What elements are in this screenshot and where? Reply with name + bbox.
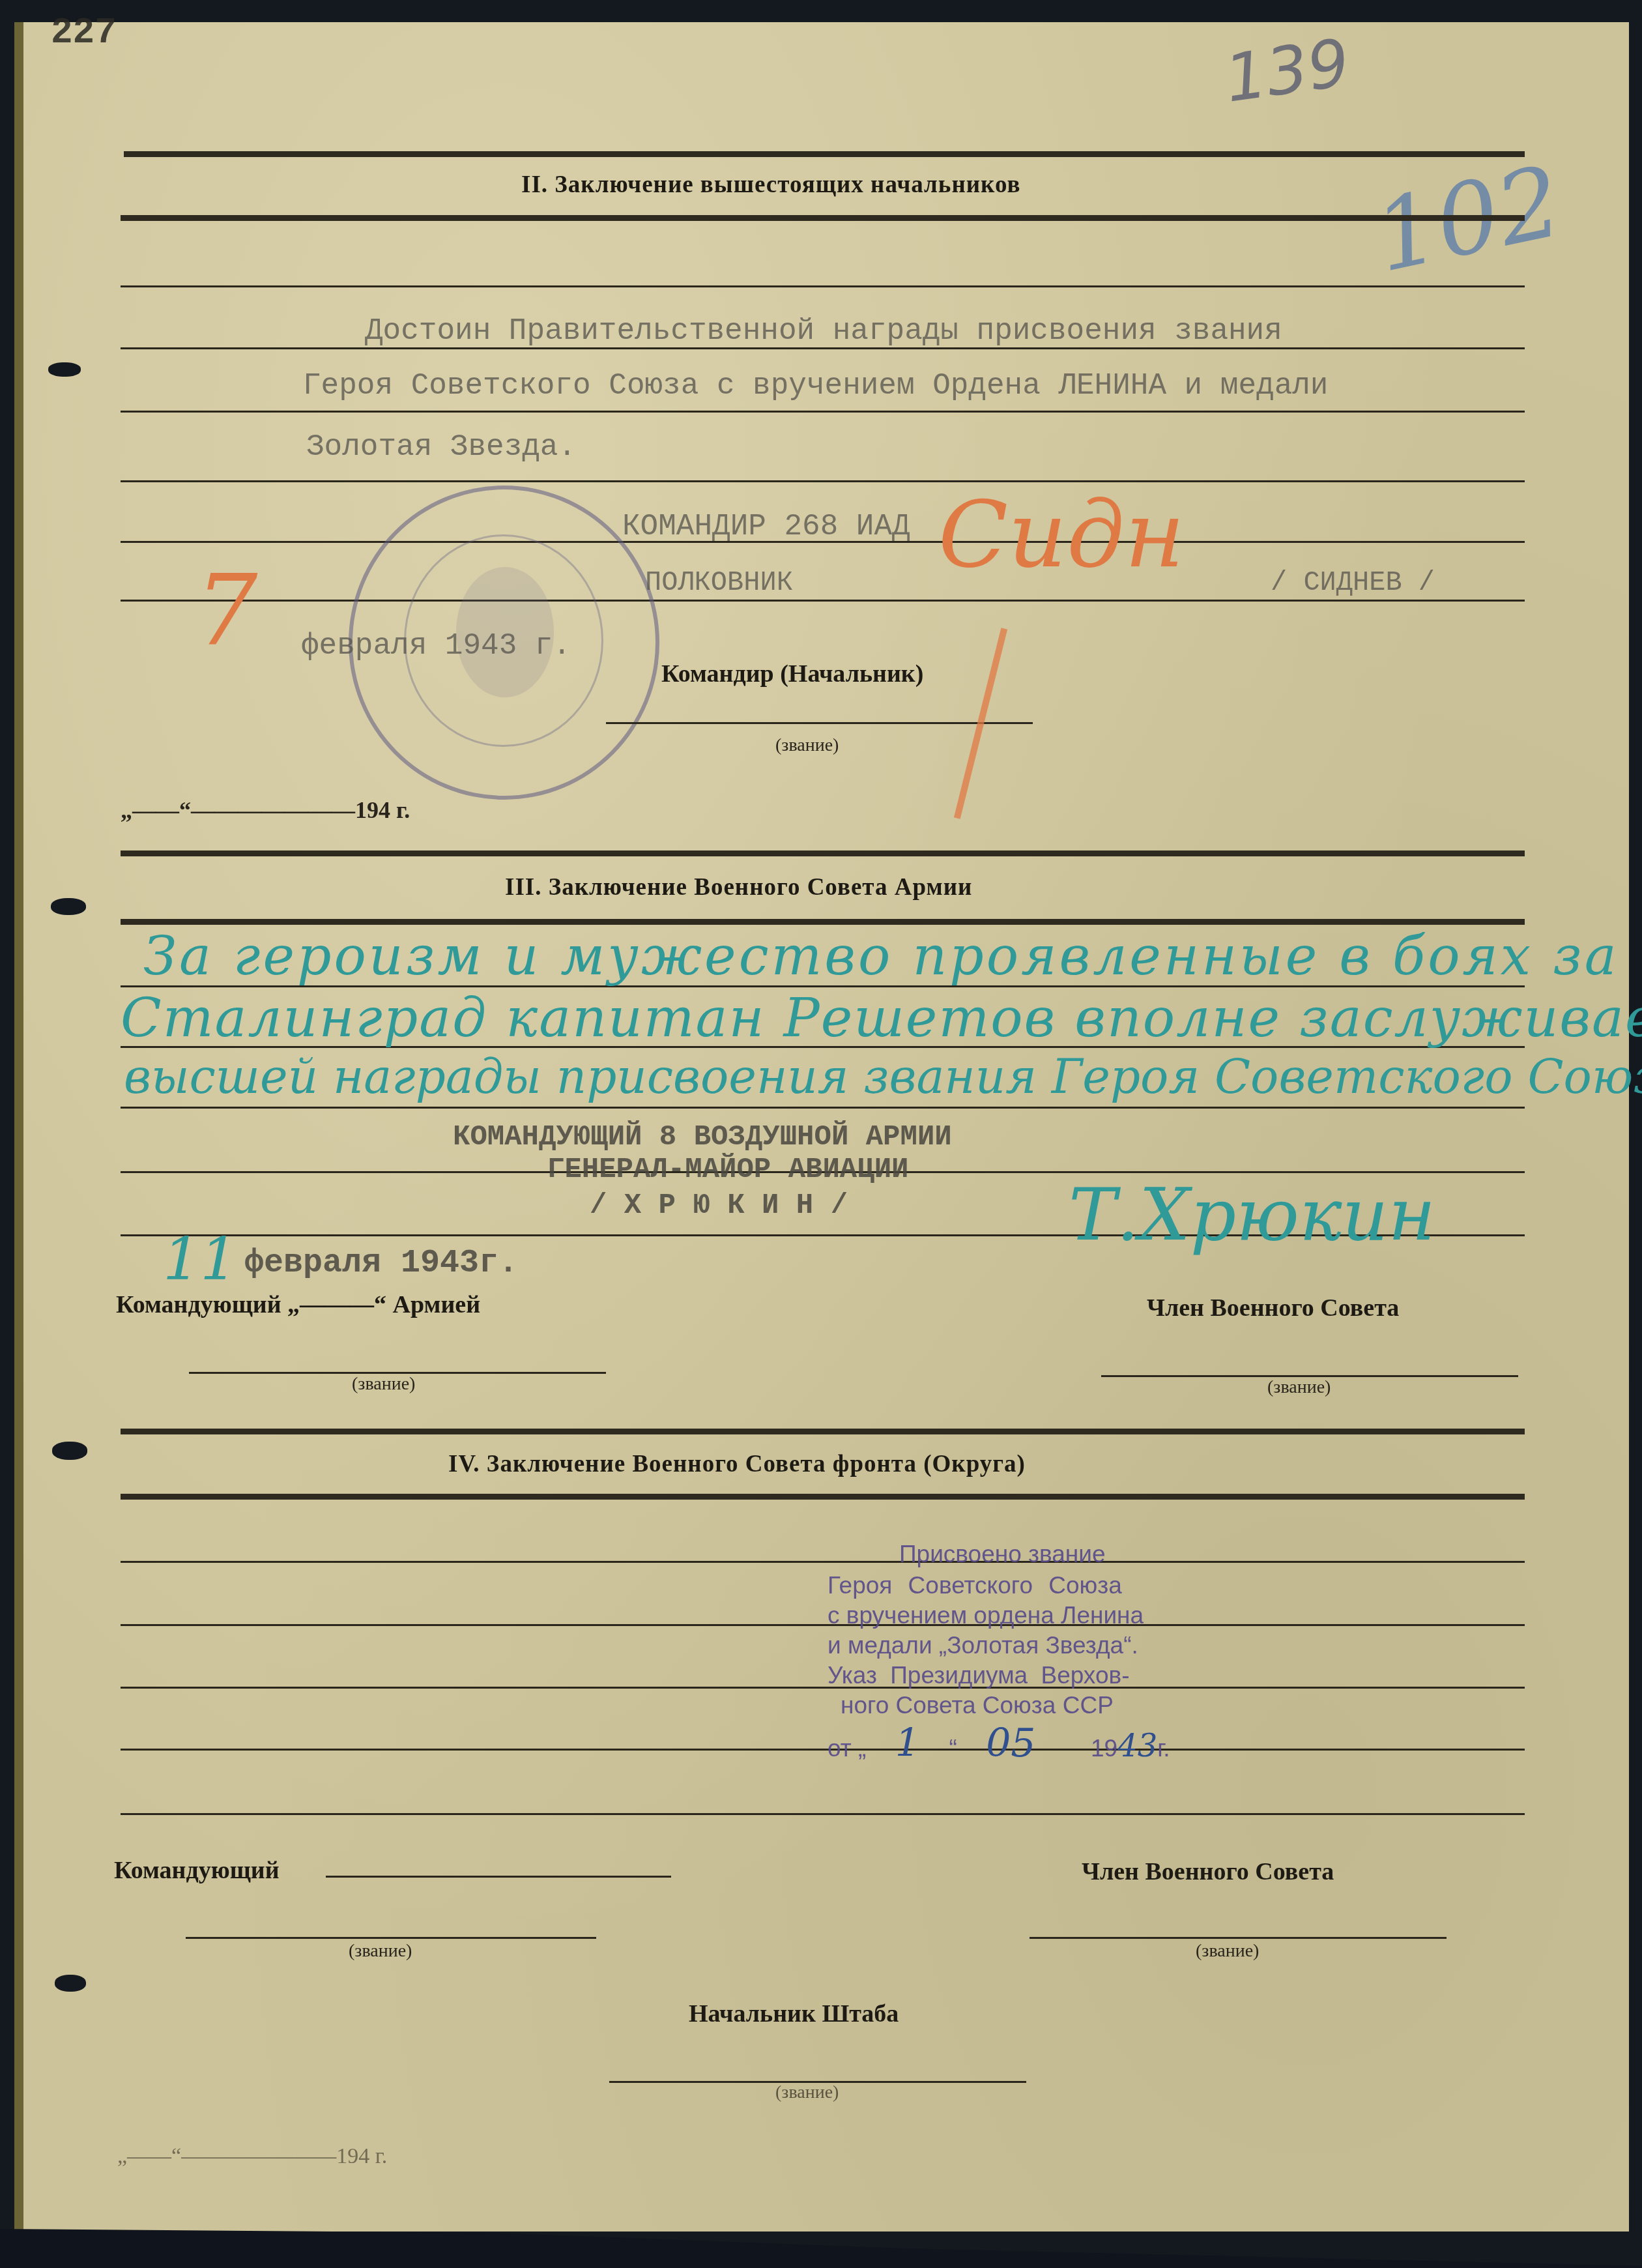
divider-top	[124, 151, 1525, 157]
punch-hole	[48, 362, 81, 377]
decree-year-suffix: 43	[1117, 1728, 1157, 1764]
handwritten-conclusion-line-1: За героизм и мужество проявленные в боях…	[143, 925, 1619, 987]
army-commander-label: Командующий „———“ Армией	[116, 1290, 480, 1319]
rank-line	[606, 722, 1033, 724]
decree-year-end: г.	[1157, 1735, 1170, 1762]
blank-date-line: „——“———————194 г.	[117, 2144, 387, 2169]
typed-recommendation-line-1: Достоин Правительственной награды присво…	[365, 314, 1282, 348]
decree-day: 1	[895, 1721, 920, 1766]
ruled-line	[121, 600, 1525, 602]
punch-hole	[51, 898, 86, 915]
handwritten-conclusion-line-3: высшей награды присвоения звания Героя С…	[124, 1049, 1642, 1104]
divider	[121, 1429, 1525, 1434]
stamp-commander-line-2: ГЕНЕРАЛ-МАЙОР АВИАЦИИ	[547, 1154, 909, 1186]
ruled-line	[121, 411, 1525, 413]
ruled-line	[121, 480, 1525, 482]
decree-date: от „ 1 “ 05 1943г.	[828, 1721, 1170, 1766]
punch-hole	[52, 1442, 87, 1460]
typed-date: февраля 1943 г.	[301, 629, 571, 663]
award-stamp-line-5: Указ Президиума Верхов-	[828, 1661, 1130, 1691]
council-member-label: Член Военного Совета	[1147, 1294, 1399, 1322]
ruled-line	[121, 1687, 1525, 1689]
commander-label: Командир (Начальник)	[661, 660, 923, 688]
ruled-line	[121, 1107, 1525, 1109]
rank-line-left	[186, 1937, 596, 1939]
ruled-line	[121, 1561, 1525, 1563]
decree-quote: “	[949, 1735, 957, 1762]
blank-date-line: „——“———————194 г.	[121, 796, 410, 824]
divider	[121, 919, 1525, 925]
typed-rank: ПОЛКОВНИК	[645, 567, 793, 598]
ruled-line	[121, 1749, 1525, 1751]
section3-title: III. Заключение Военного Совета Армии	[505, 873, 972, 901]
scan-background-bottom	[0, 2229, 1642, 2268]
award-stamp-line-1: Присвоено звание	[899, 1539, 1106, 1569]
archive-sheet-number: 227	[51, 12, 117, 53]
typed-position: КОМАНДИР 268 ИАД	[622, 510, 910, 544]
front-council-member-label: Член Военного Совета	[1082, 1857, 1334, 1886]
divider	[121, 215, 1525, 221]
divider	[121, 1494, 1525, 1500]
award-stamp-line-2: Героя Советского Союза	[828, 1571, 1122, 1601]
typed-signer-name: / СИДНЕВ /	[1271, 567, 1435, 598]
decree-year-prefix: 19	[1091, 1735, 1117, 1762]
punch-hole	[55, 1975, 86, 1992]
commander-blank-line	[326, 1876, 671, 1878]
ruled-line	[121, 285, 1525, 287]
date-day-handwritten: 11	[163, 1225, 238, 1294]
rank-line-right	[1030, 1937, 1447, 1939]
section2-title: II. Заключение вышестоящих начальников	[521, 171, 1020, 199]
red-signature: Сидн	[938, 482, 1185, 589]
award-stamp-line-3: с вручением ордена Ленина	[828, 1601, 1144, 1631]
chief-of-staff-label: Начальник Штаба	[689, 1999, 899, 2028]
ruled-line	[121, 1813, 1525, 1815]
rank-caption-right: (звание)	[1196, 1941, 1259, 1962]
rank-caption-center: (звание)	[775, 2082, 839, 2103]
front-commander-label: Командующий	[114, 1856, 280, 1885]
typed-recommendation-line-2: Героя Советского Союза с вручением Орден…	[303, 369, 1328, 403]
stamp-commander-line-1: КОМАНДУЮЩИЙ 8 ВОЗДУШНОЙ АРМИИ	[453, 1121, 952, 1154]
rank-caption-left: (звание)	[352, 1374, 415, 1395]
handwritten-conclusion-line-2: Сталинград капитан Решетов вполне заслуж…	[121, 987, 1642, 1049]
typed-recommendation-line-3: Золотая Звезда.	[306, 430, 576, 464]
ruled-line	[121, 1624, 1525, 1626]
divider	[121, 850, 1525, 856]
award-stamp-line-6: ного Совета Союза ССР	[841, 1691, 1114, 1721]
rank-caption-left: (звание)	[349, 1941, 412, 1962]
decree-prefix: от „	[828, 1735, 866, 1762]
date-day-handwritten: 7	[195, 554, 257, 667]
teal-signature: Т.Хрюкин	[1069, 1173, 1435, 1257]
decree-month: 05	[986, 1721, 1035, 1766]
rank-caption-right: (звание)	[1267, 1377, 1331, 1398]
stamp-commander-line-3: / Х Р Ю К И Н /	[590, 1189, 848, 1222]
rank-caption: (звание)	[775, 735, 839, 756]
typed-date: февраля 1943г.	[244, 1245, 518, 1282]
award-stamp-line-4: и медали „Золотая Звезда“.	[828, 1631, 1138, 1661]
section4-title: IV. Заключение Военного Совета фронта (О…	[448, 1450, 1026, 1478]
